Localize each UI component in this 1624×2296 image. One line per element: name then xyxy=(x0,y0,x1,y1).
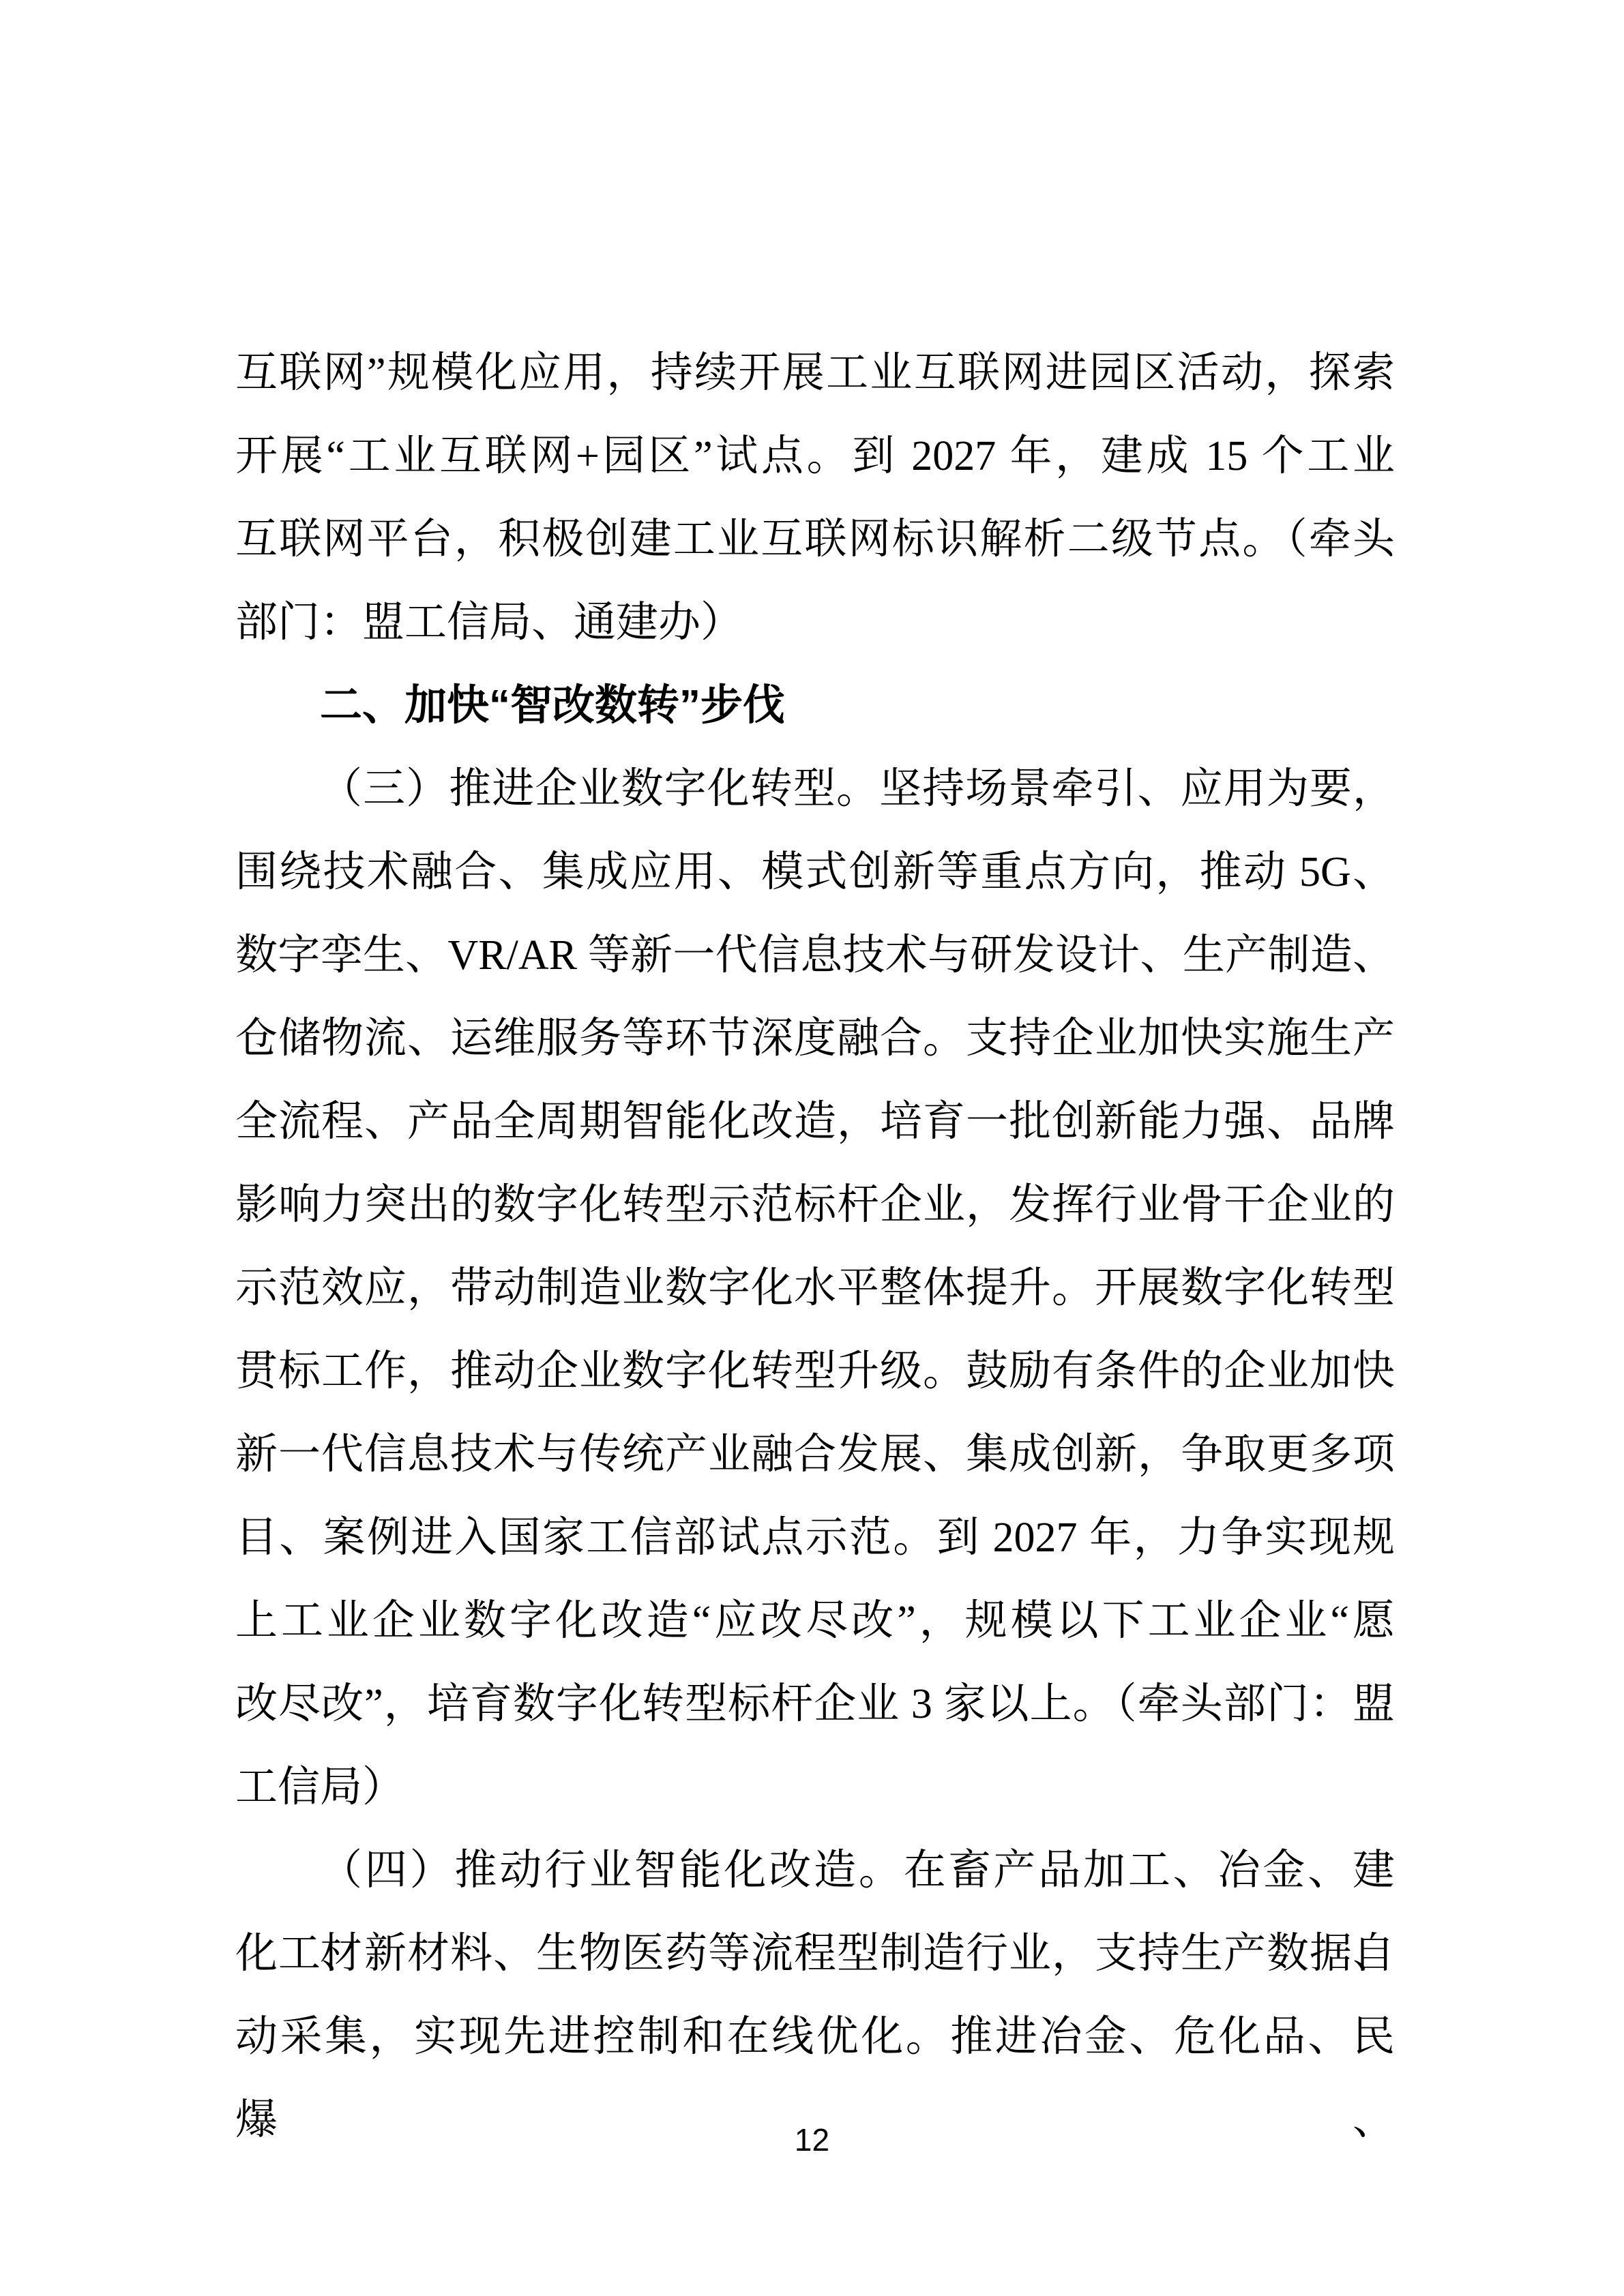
text-line: 工信局） xyxy=(235,1746,1395,1829)
text-line: 全流程、产品全周期智能化改造，培育一批创新能力强、品牌 xyxy=(235,1080,1395,1163)
text-line: 互联网平台，积极创建工业互联网标识解析二级节点。（牵头 xyxy=(235,498,1395,581)
text-line: 改尽改”，培育数字化转型标杆企业 3 家以上。（牵头部门：盟 xyxy=(235,1663,1395,1746)
text-line: 围绕技术融合、集成应用、模式创新等重点方向，推动 5G、 xyxy=(235,831,1395,914)
section-heading: 二、加快“智改数转”步伐 xyxy=(235,664,1395,747)
text-line: 新一代信息技术与传统产业融合发展、集成创新，争取更多项 xyxy=(235,1413,1395,1496)
text-line: （三）推进企业数字化转型。坚持场景牵引、应用为要， xyxy=(235,747,1395,831)
text-line: 部门：盟工信局、通建办） xyxy=(235,581,1395,664)
text-line: 目、案例进入国家工信部试点示范。到 2027 年，力争实现规 xyxy=(235,1496,1395,1579)
text-line: 数字孪生、VR/AR 等新一代信息技术与研发设计、生产制造、 xyxy=(235,914,1395,997)
text-line: 动采集，实现先进控制和在线优化。推进冶金、危化品、民爆、 xyxy=(235,1995,1395,2078)
text-line: 示范效应，带动制造业数字化水平整体提升。开展数字化转型 xyxy=(235,1247,1395,1330)
text-line: 互联网”规模化应用，持续开展工业互联网进园区活动，探索 xyxy=(235,331,1395,415)
text-line: （四）推动行业智能化改造。在畜产品加工、冶金、建材、 xyxy=(235,1829,1395,1912)
document-page: 互联网”规模化应用，持续开展工业互联网进园区活动，探索 开展“工业互联网+园区”… xyxy=(0,0,1624,2296)
text-line: 化工、新材料、生物医药等流程型制造行业，支持生产数据自 xyxy=(235,1912,1395,1995)
page-number: 12 xyxy=(0,2122,1624,2158)
text-block: 互联网”规模化应用，持续开展工业互联网进园区活动，探索 开展“工业互联网+园区”… xyxy=(235,331,1395,2078)
text-line: 影响力突出的数字化转型示范标杆企业，发挥行业骨干企业的 xyxy=(235,1163,1395,1247)
text-line: 仓储物流、运维服务等环节深度融合。支持企业加快实施生产 xyxy=(235,997,1395,1080)
text-line: 开展“工业互联网+园区”试点。到 2027 年，建成 15 个工业 xyxy=(235,415,1395,498)
text-line: 贯标工作，推动企业数字化转型升级。鼓励有条件的企业加快 xyxy=(235,1330,1395,1413)
text-line: 上工业企业数字化改造“应改尽改”，规模以下工业企业“愿 xyxy=(235,1579,1395,1663)
